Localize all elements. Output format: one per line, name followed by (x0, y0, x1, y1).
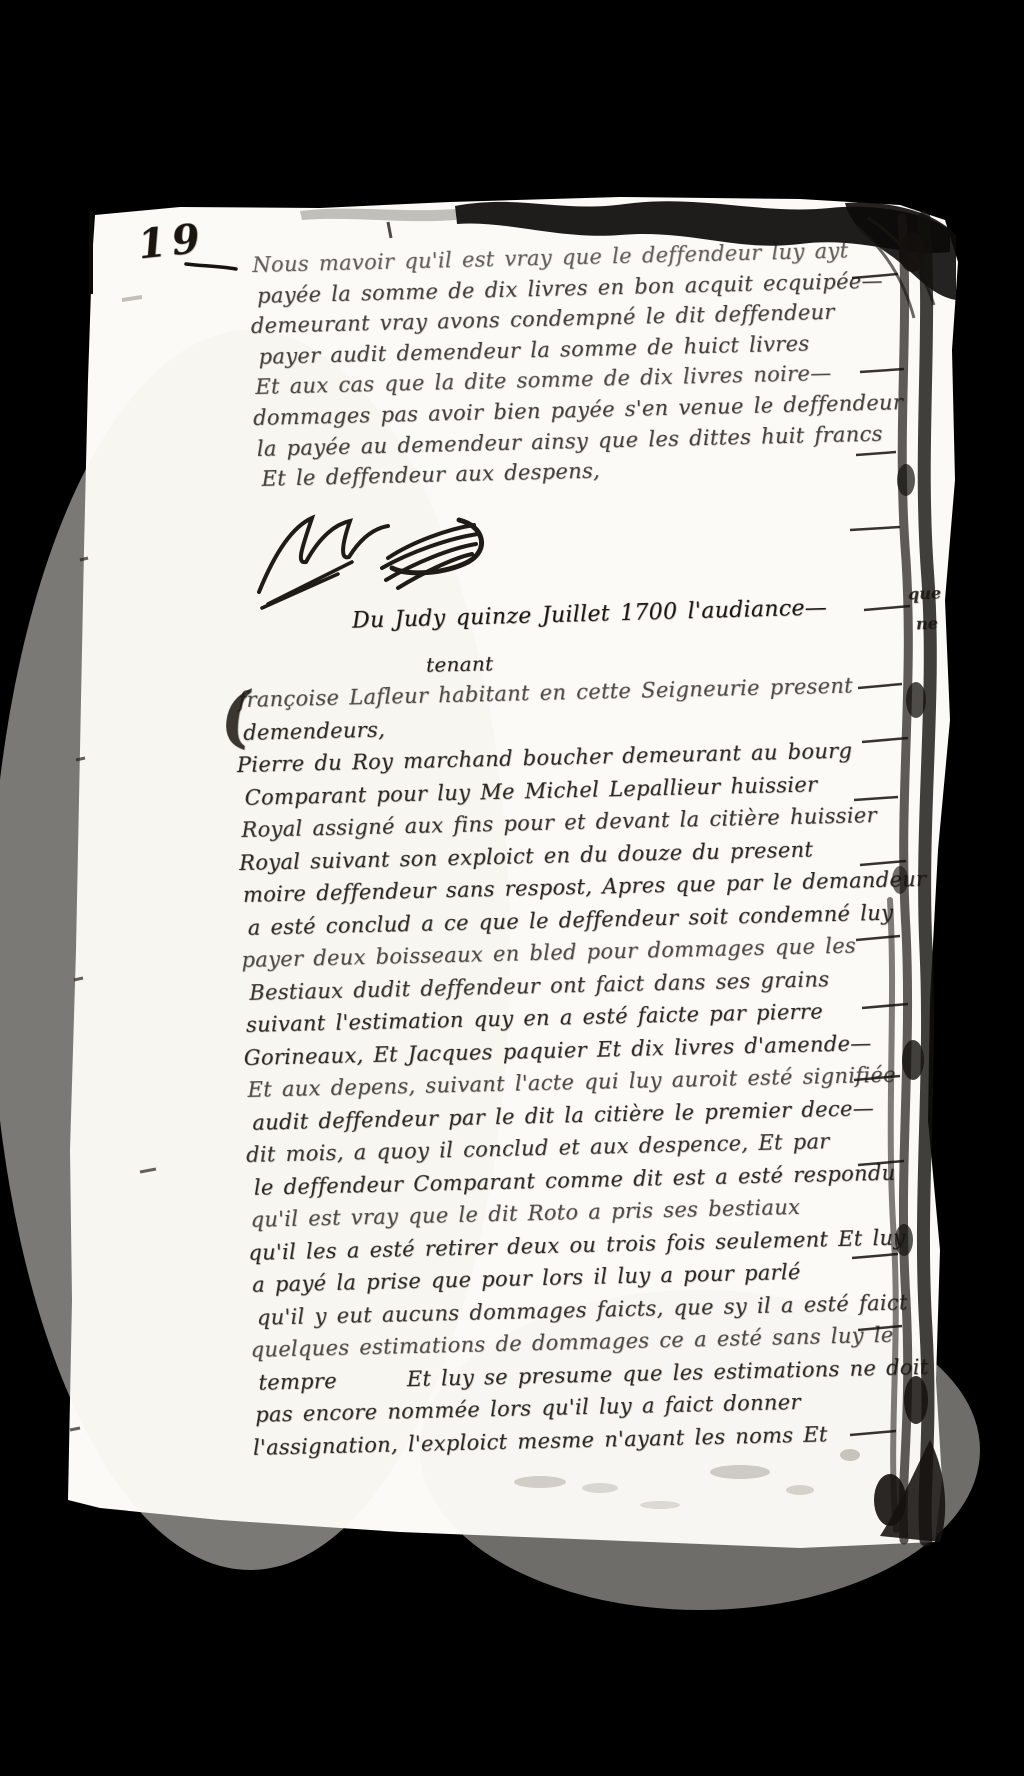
margin-fragment: ne (916, 614, 938, 634)
session-heading-tenant: tenant (426, 651, 494, 676)
record-paragraph: françoise Lafleur habitant en cette Seig… (238, 668, 956, 1464)
page-number: 19 (136, 215, 208, 269)
archival-scan: 19 Nous mavoir qu'il est vray que le def… (0, 0, 1024, 1776)
judgment-paragraph: Nous mavoir qu'il est vray que le deffen… (252, 233, 948, 495)
margin-fragment: que (908, 583, 942, 603)
left-edge-line (89, 212, 93, 294)
